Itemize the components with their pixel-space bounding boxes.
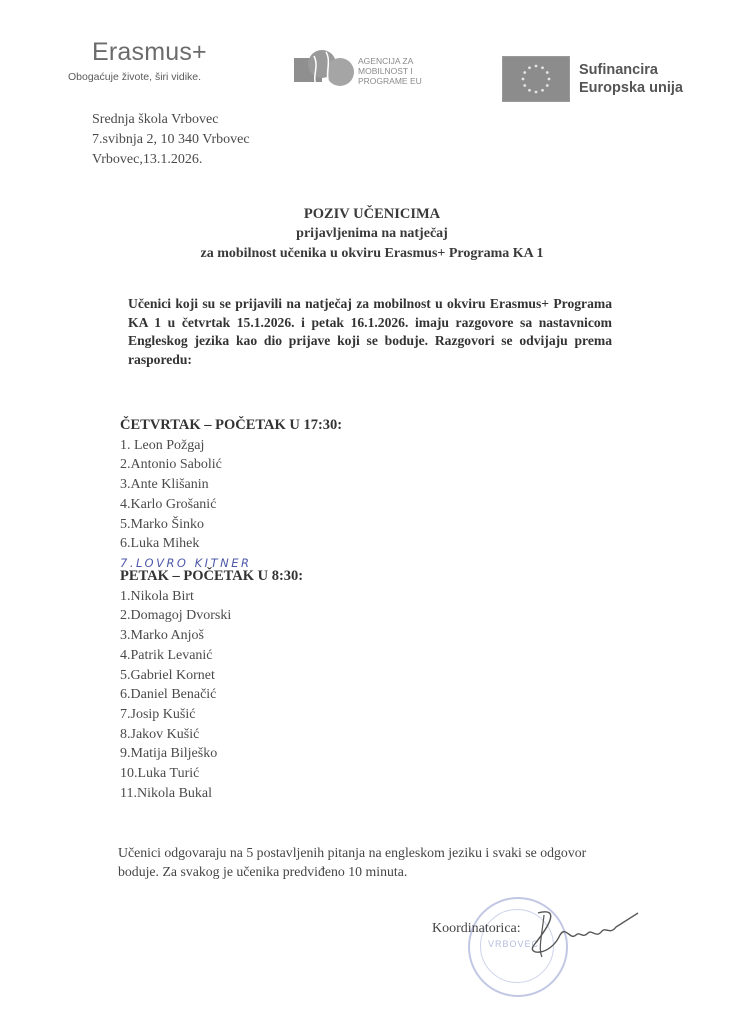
signature-icon — [520, 905, 640, 965]
student-list-item: 1.Nikola Birt — [120, 587, 303, 607]
friday-heading: PETAK – POČETAK U 8:30: — [120, 567, 303, 587]
student-list-item: 4.Karlo Grošanić — [120, 495, 342, 515]
student-list-item: 10.Luka Turić — [120, 764, 303, 784]
student-list-item: 2.Domagoj Dvorski — [120, 606, 303, 626]
school-street: 7.svibnja 2, 10 340 Vrbovec — [92, 130, 250, 150]
erasmus-logo-tagline: Obogaćuje živote, širi vidike. — [68, 71, 201, 83]
title-line-2: prijavljenima na natječaj — [0, 224, 744, 244]
student-list-item: 4.Patrik Levanić — [120, 646, 303, 666]
place-date: Vrbovec,13.1.2026. — [92, 150, 250, 170]
thursday-student-list: 1. Leon Požgaj2.Antonio Sabolić3.Ante Kl… — [120, 436, 342, 554]
student-list-item: 7.Josip Kušić — [120, 705, 303, 725]
title-line-1: POZIV UČENICIMA — [0, 204, 744, 224]
closing-paragraph: Učenici odgovaraju na 5 postavljenih pit… — [118, 843, 618, 881]
eu-stars-icon — [503, 57, 569, 101]
agency-logo-icon — [292, 48, 362, 92]
erasmus-logo-title: Erasmus+ — [92, 38, 207, 67]
thursday-heading: ČETVRTAK – POČETAK U 17:30: — [120, 416, 342, 436]
student-list-item: 2.Antonio Sabolić — [120, 455, 342, 475]
student-list-item: 11.Nikola Bukal — [120, 784, 303, 804]
student-list-item: 3.Marko Anjoš — [120, 626, 303, 646]
student-list-item: 6.Luka Mihek — [120, 534, 342, 554]
school-address: Srednja škola Vrbovec 7.svibnja 2, 10 34… — [92, 110, 250, 170]
intro-paragraph: Učenici koji su se prijavili na natječaj… — [128, 295, 612, 369]
student-list-item: 5.Marko Šinko — [120, 515, 342, 535]
eu-cofunded-text: Sufinancira Europska unija — [579, 61, 683, 97]
title-line-3: za mobilnost učenika u okviru Erasmus+ P… — [0, 244, 744, 264]
coordinator-label: Koordinatorica: — [432, 921, 521, 937]
student-list-item: 1. Leon Požgaj — [120, 436, 342, 456]
student-list-item: 6.Daniel Benačić — [120, 685, 303, 705]
student-list-item: 8.Jakov Kušić — [120, 725, 303, 745]
friday-schedule: PETAK – POČETAK U 8:30: 1.Nikola Birt2.D… — [120, 567, 303, 803]
agency-logo-text: AGENCIJA ZA MOBILNOST I PROGRAME EU — [358, 56, 422, 86]
student-list-item: 5.Gabriel Kornet — [120, 666, 303, 686]
eu-flag-icon — [502, 56, 570, 102]
document-title: POZIV UČENICIMA prijavljenima na natječa… — [0, 204, 744, 264]
school-name: Srednja škola Vrbovec — [92, 110, 250, 130]
student-list-item: 9.Matija Bilješko — [120, 744, 303, 764]
friday-student-list: 1.Nikola Birt2.Domagoj Dvorski3.Marko An… — [120, 587, 303, 804]
thursday-schedule: ČETVRTAK – POČETAK U 17:30: 1. Leon Požg… — [120, 416, 342, 574]
student-list-item: 3.Ante Klišanin — [120, 475, 342, 495]
